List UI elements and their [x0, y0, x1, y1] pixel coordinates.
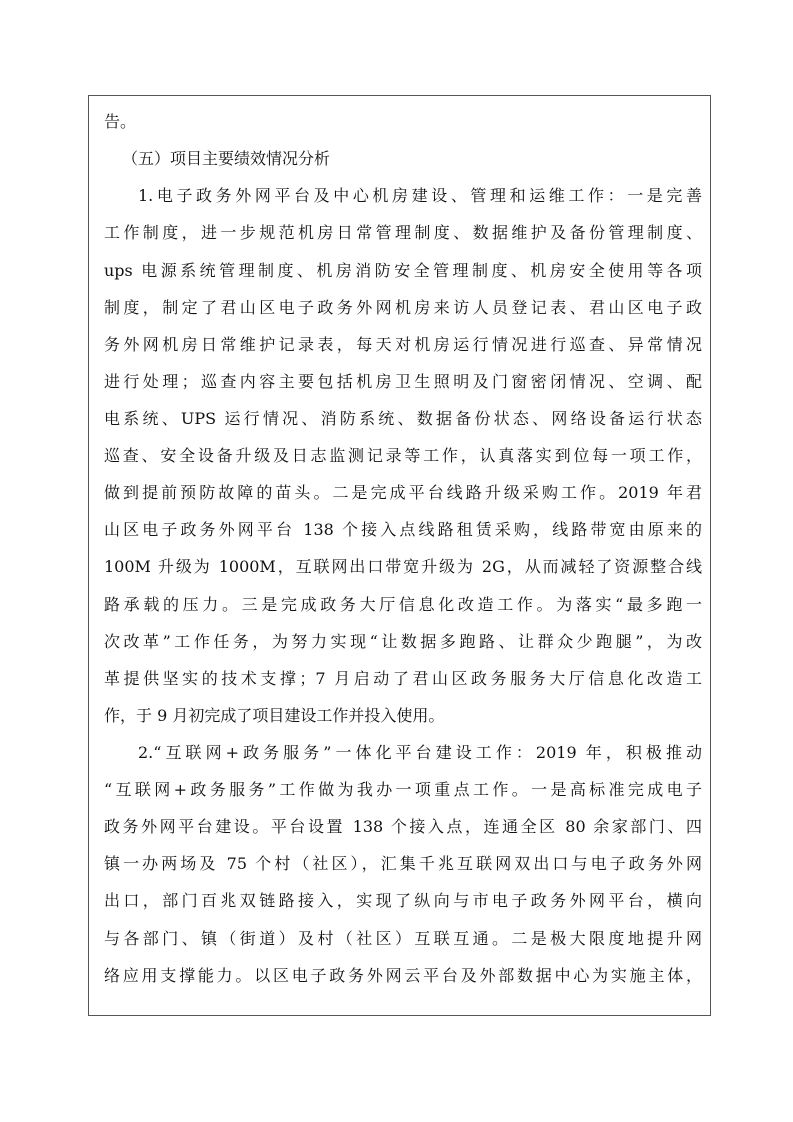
paragraph-line: 次改革”工作任务，为努力实现“让数据多跑路、让群众少跑腿”，为改	[104, 632, 702, 652]
paragraph-line: 政务外网平台建设。平台设置 138 个接入点，连通全区 80 余家部门、四	[104, 817, 702, 837]
paragraph-line: 2.“互联网+政务服务”一体化平台建设工作：2019 年，积极推动	[138, 743, 702, 763]
paragraph-line: 山区电子政务外网平台 138 个接入点线路租赁采购，线路带宽由原来的	[104, 520, 702, 540]
paragraph-line: 与各部门、镇（街道）及村（社区）互联互通。二是极大限度地提升网	[104, 929, 702, 949]
text-line: 告。	[104, 112, 702, 132]
paragraph-line: 进行处理；巡查内容主要包括机房卫生照明及门窗密闭情况、空调、配	[104, 372, 702, 392]
paragraph-line: 出口，部门百兆双链路接入，实现了纵向与市电子政务外网平台，横向	[104, 891, 702, 911]
paragraph-line: 镇一办两场及 75 个村（社区），汇集千兆互联网双出口与电子政务外网	[104, 854, 702, 874]
paragraph-line: ups 电源系统管理制度、机房消防安全管理制度、机房安全使用等各项	[104, 261, 702, 281]
paragraph-line: 工作制度，进一步规范机房日常管理制度、数据维护及备份管理制度、	[104, 223, 702, 243]
paragraph-line: 务外网机房日常维护记录表，每天对机房运行情况进行巡查、异常情况	[104, 335, 702, 355]
paragraph-line: 电系统、UPS 运行情况、消防系统、数据备份状态、网络设备运行状态	[104, 409, 702, 429]
paragraph-line: “互联网+政务服务”工作做为我办一项重点工作。一是高标准完成电子	[104, 780, 702, 800]
paragraph-line: 制度，制定了君山区电子政务外网机房来访人员登记表、君山区电子政	[104, 298, 702, 318]
paragraph-line: 做到提前预防故障的苗头。二是完成平台线路升级采购工作。2019 年君	[104, 483, 702, 503]
paragraph-line: 革提供坚实的技术支撑；7 月启动了君山区政务服务大厅信息化改造工	[104, 669, 702, 689]
section-heading: （五）项目主要绩效情况分析	[122, 149, 702, 169]
paragraph-line: 路承载的压力。三是完成政务大厅信息化改造工作。为落实“最多跑一	[104, 595, 702, 615]
paragraph-line: 1.电子政务外网平台及中心机房建设、管理和运维工作：一是完善	[138, 186, 702, 206]
paragraph-line: 络应用支撑能力。以区电子政务外网云平台及外部数据中心为实施主体，	[104, 966, 702, 986]
paragraph-line: 作，于 9 月初完成了项目建设工作并投入使用。	[104, 706, 702, 726]
paragraph-line: 巡查、安全设备升级及日志监测记录等工作，认真落实到位每一项工作，	[104, 446, 702, 466]
paragraph-line: 100M 升级为 1000M，互联网出口带宽升级为 2G，从而减轻了资源整合线	[104, 557, 702, 577]
